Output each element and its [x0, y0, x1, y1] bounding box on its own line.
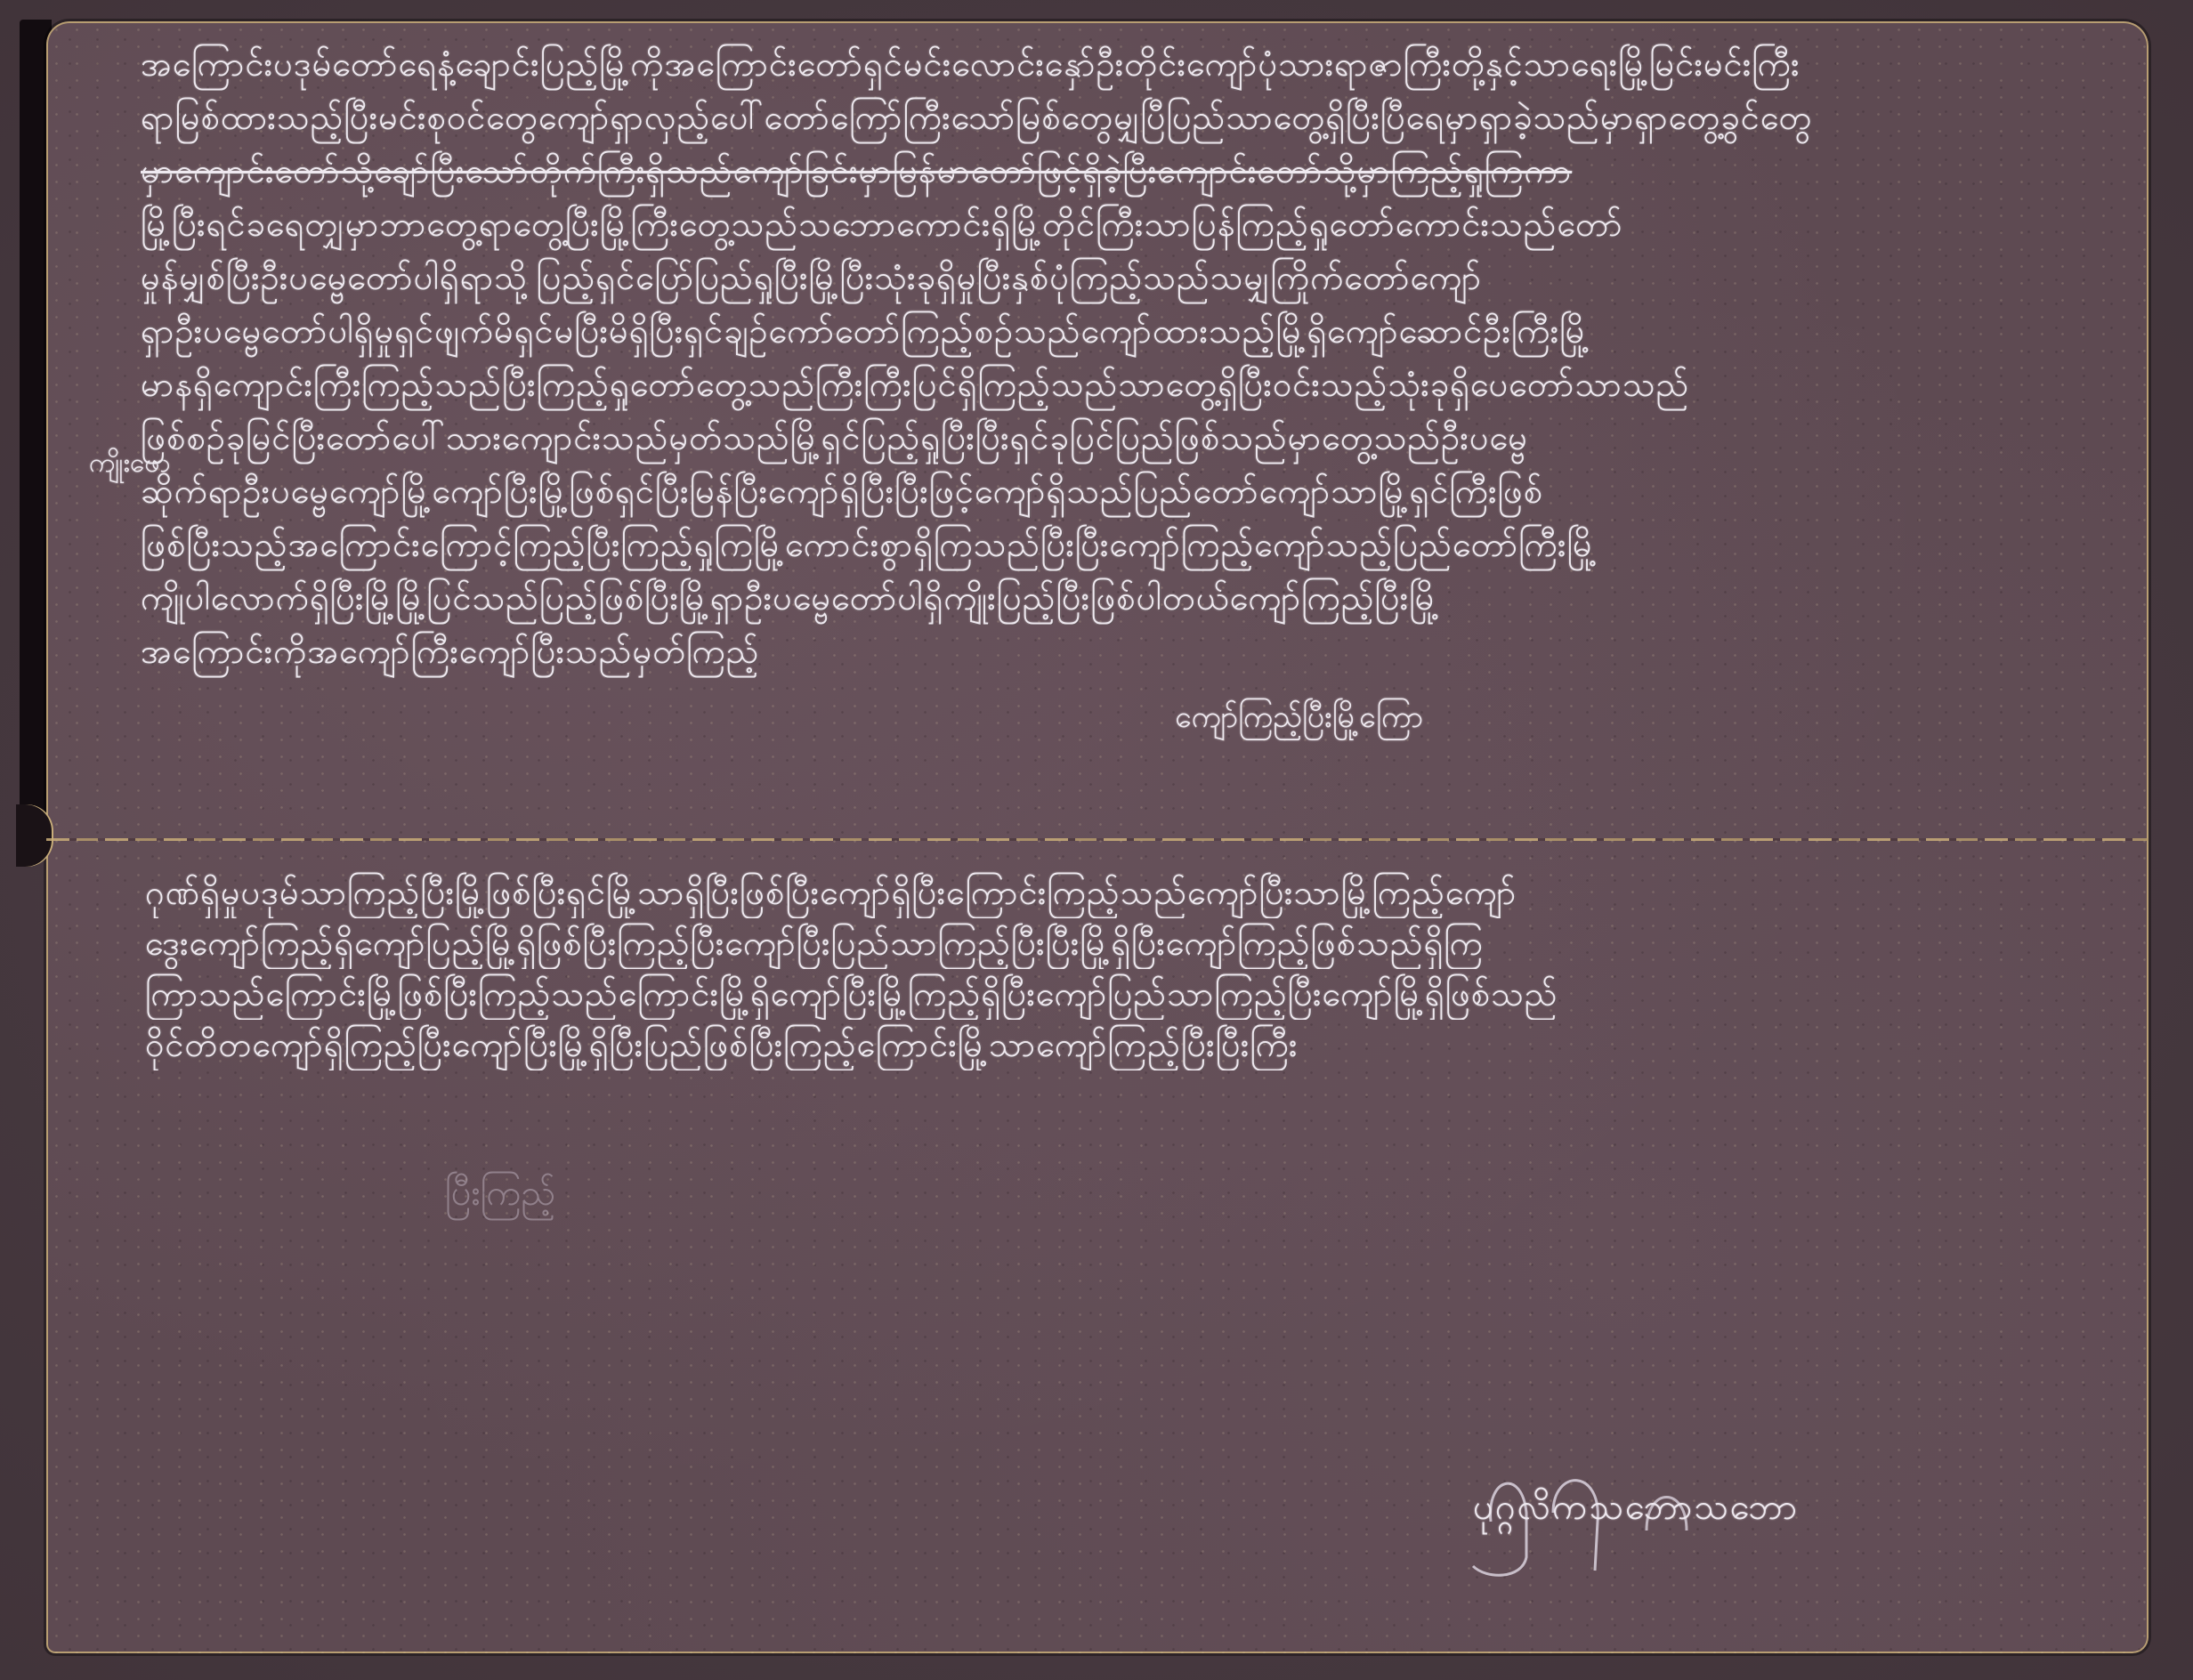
manuscript-line: ရှာဦးပမ္ဗေတော်ပါရှိမှုရှင်ဖျက်မိရှင်မပြီ… — [141, 304, 2081, 358]
signature: ပုဂ္ဂလိကသဘောသဘော — [1473, 1484, 1799, 1537]
manuscript-line: အကြောင်းပဒုမ်တော်ရေနံ့ချောင်းပြည့်မြို့က… — [141, 37, 2081, 91]
manuscript-line: မြို့ပြီးရင်ခရေတျှမှာဘာတွေ့ရာတွေ့ပြီးမြိ… — [141, 198, 2081, 251]
manuscript-line-struck: မှာကျောင်းတော်သို့ချော်ပြီးသော်တိုက်ကြီး… — [141, 144, 2081, 198]
manuscript-line: ဝိုင်တိတကျော်ရှိကြည့်ပြီးကျော်ပြီးမြို့ရ… — [145, 1020, 2059, 1070]
manuscript-line: ကျိုပါလောက်ရှိပြီးမြို့မြို့ပြင်သည်ပြည့်… — [141, 571, 2081, 625]
manuscript-line: အကြောင်းကိုအကျော်ကြီးကျော်ပြီးသည်မှတ်ကြည… — [141, 625, 2081, 678]
manuscript-line: ကြာသည်ကြောင်းမြို့ဖြစ်ပြီးကြည့်သည်ကြောင်… — [145, 969, 2059, 1020]
manuscript-line: ဖြစ်စဉ်ခုမြင်ပြီးတော်ပေါ်သားကျောင်းသည်မှ… — [141, 411, 2081, 464]
lower-text-block: ဂုဏ်ရှိမှုပဒုမ်သာကြည့်ပြီးမြို့ဖြစ်ပြီးရ… — [145, 868, 2059, 1070]
manuscript-line: ဆိုက်ရာဦးပမ္ဗေကျော်မြို့ကျော်ပြီးမြို့ဖြ… — [141, 464, 2081, 518]
tail-fragment: ကျော်ကြည့်ပြီးမြို့ကြော — [1175, 697, 1423, 742]
fold-notch — [16, 804, 52, 867]
manuscript-line: မှုန်မျှစ်ပြီးဦးပမ္ဗေတော်ပါရှိရာသို့ပြည့… — [141, 251, 2081, 304]
manuscript-line: ရာမြစ်ထားသည့်ပြီးမင်းစုဝင်တွေကျော်ရှာလှည… — [141, 91, 2081, 144]
manuscript-line: ဖြစ်ပြီးသည့်အကြောင်းကြောင့်ကြည့်ပြီးကြည့… — [141, 518, 2081, 571]
faint-marks: ပြီးကြည့် — [445, 1170, 555, 1223]
upper-text-block: အကြောင်းပဒုမ်တော်ရေနံ့ချောင်းပြည့်မြို့က… — [141, 37, 2081, 678]
manuscript-line: ဂုဏ်ရှိမှုပဒုမ်သာကြည့်ပြီးမြို့ဖြစ်ပြီးရ… — [145, 868, 2059, 918]
manuscript-line: ဒွေးကျော်ကြည့်ရှိကျော်ပြည့်မြို့ရှိဖြစ်ပ… — [145, 918, 2059, 969]
manuscript-line: မာနရှိကျောင်းကြီးကြည့်သည်ပြီးကြည့်ရှုတော… — [141, 358, 2081, 411]
fold-line — [46, 838, 2148, 841]
